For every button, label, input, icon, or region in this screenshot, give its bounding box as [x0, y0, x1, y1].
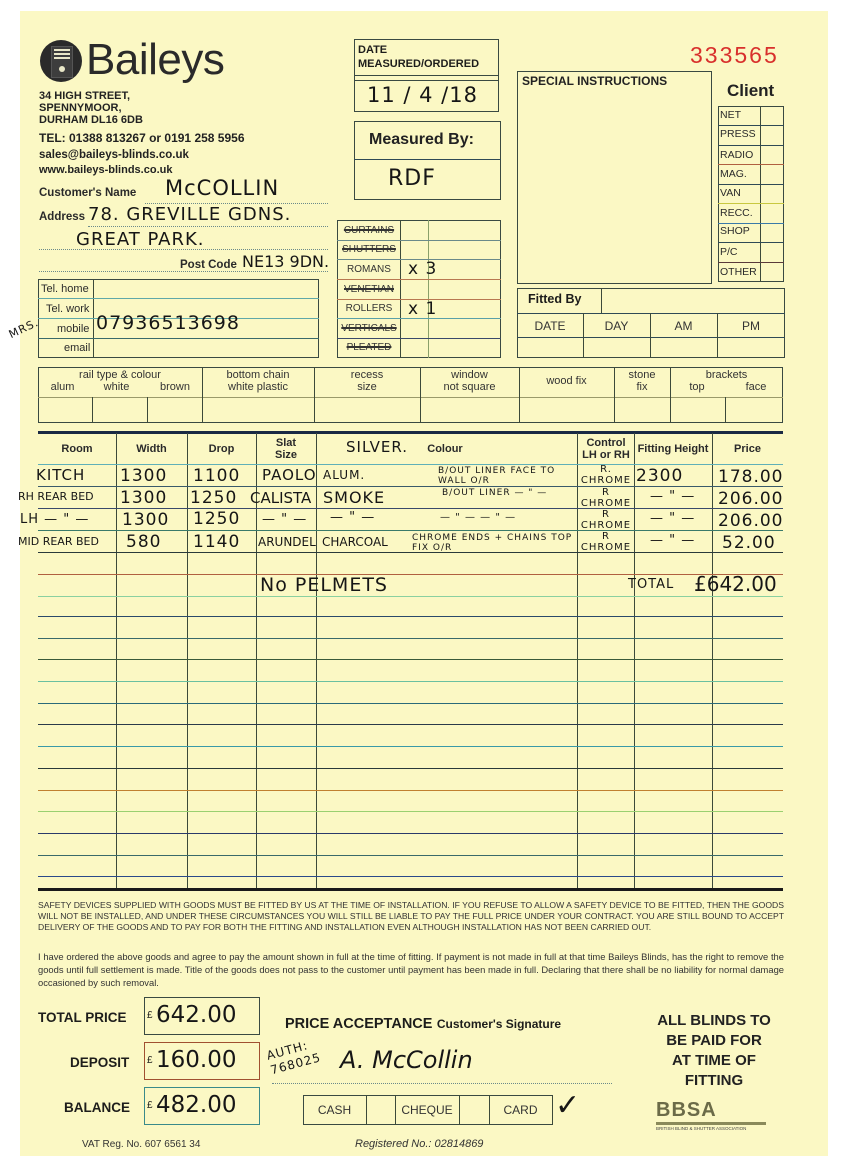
row3-colour[interactable]: — " — [330, 510, 375, 525]
measured-by-field[interactable]: RDF [388, 166, 436, 191]
row4-fitting[interactable]: — " — [650, 533, 695, 548]
row1-room[interactable]: KITCH [36, 466, 85, 484]
payment-cash-checkbox[interactable] [367, 1096, 395, 1124]
payment-notice: ALL BLINDS TO BE PAID FOR AT TIME OF FIT… [636, 1011, 792, 1091]
row4-control[interactable]: R CHROME [580, 531, 632, 553]
row3-control[interactable]: R CHROME [580, 509, 632, 531]
row4-drop[interactable]: 1140 [193, 532, 240, 552]
company-email: sales@baileys-blinds.co.uk [39, 149, 189, 161]
product-shutters: SHUTTERS [340, 244, 398, 256]
email-field[interactable] [98, 341, 313, 357]
rail-brown-label: brown [150, 381, 200, 393]
row2-room[interactable]: RH REAR BED [18, 490, 94, 503]
row3-price[interactable]: 206.00 [718, 511, 783, 531]
brackets-header: brackets [670, 369, 783, 381]
payment-cheque-label: CHEQUE [395, 1104, 459, 1116]
deposit-field[interactable]: 160.00 [156, 1047, 236, 1073]
rail-white-label: white [94, 381, 139, 393]
customer-name-label: Customer's Name [39, 187, 136, 199]
postcode-label: Post Code [180, 259, 237, 271]
total-price-label: TOTAL PRICE [38, 1010, 127, 1025]
recess-size-label: recesssize [314, 369, 420, 393]
address-line1-field[interactable]: 78. GREVILLE GDNS. [88, 204, 291, 225]
deposit-label: DEPOSIT [70, 1055, 129, 1070]
product-romans: ROMANS [340, 264, 398, 276]
row4-width[interactable]: 580 [126, 532, 161, 552]
col-control-header: Control LH or RH [580, 437, 632, 461]
special-instructions-box[interactable] [517, 71, 712, 284]
email-label: email [64, 342, 90, 354]
product-verticals: VERTICALS [340, 323, 398, 335]
col-slat-header: Slat Size [266, 437, 306, 461]
company-website: www.baileys-blinds.co.uk [39, 164, 172, 176]
client-source-van[interactable]: VAN [720, 187, 741, 199]
colour-note: SILVER. [346, 438, 408, 456]
address-line2-field[interactable]: GREAT PARK. [76, 229, 205, 250]
total-label: TOTAL [628, 577, 674, 592]
special-instructions-label: SPECIAL INSTRUCTIONS [522, 74, 667, 88]
row1-colour[interactable]: ALUM. [323, 468, 365, 482]
col-colour-header: Colour [420, 443, 470, 455]
balance-currency: £ [147, 1100, 153, 1111]
order-number: 333565 [690, 42, 779, 69]
product-rollers: ROLLERS [340, 303, 398, 315]
row2-control[interactable]: R CHROME [580, 487, 632, 509]
company-name: Baileys [86, 34, 224, 86]
address-label: Address [39, 211, 85, 223]
col-room-header: Room [38, 443, 116, 455]
wood-fix-label: wood fix [519, 375, 614, 387]
fitted-am-header: AM [650, 320, 717, 332]
bottom-chain-label: bottom chainwhite plastic [202, 369, 314, 393]
row4-price[interactable]: 52.00 [722, 533, 776, 553]
rail-type-header: rail type & colour [38, 369, 202, 381]
client-source-mag[interactable]: MAG. [720, 168, 747, 180]
company-tel: TEL: 01388 813267 or 0191 258 5956 [39, 131, 245, 145]
row1-width[interactable]: 1300 [120, 466, 167, 486]
row1-slat[interactable]: PAOLO [262, 466, 317, 484]
client-source-shop[interactable]: SHOP [720, 225, 750, 237]
no-pelmets-note: No PELMETS [260, 574, 388, 596]
row3-fitting[interactable]: — " — [650, 511, 695, 526]
payment-cheque-checkbox[interactable] [460, 1096, 488, 1124]
row1-drop[interactable]: 1100 [193, 466, 240, 486]
company-address: 34 HIGH STREET, SPENNYMOOR, DURHAM DL16 … [39, 90, 143, 126]
client-source-pc[interactable]: P/C [720, 246, 738, 258]
row3-colour-note[interactable]: — " — — " — [440, 512, 575, 523]
safety-terms: SAFETY DEVICES SUPPLIED WITH GOODS MUST … [38, 900, 784, 933]
brackets-top-label: top [672, 381, 722, 393]
fitted-date-header: DATE [517, 320, 583, 332]
row2-price[interactable]: 206.00 [718, 489, 783, 509]
romans-qty-field[interactable]: x 3 [408, 259, 437, 279]
agreement-terms: I have ordered the above goods and agree… [38, 950, 784, 989]
row2-drop[interactable]: 1250 [190, 488, 237, 508]
client-source-other[interactable]: OTHER [720, 266, 757, 278]
payment-cash-label: CASH [303, 1104, 366, 1116]
rail-alum-label: alum [40, 381, 85, 393]
customer-signature[interactable]: A. McCollin [340, 1046, 473, 1074]
client-title: Client [727, 81, 774, 101]
balance-label: BALANCE [64, 1100, 130, 1115]
price-acceptance-label: PRICE ACCEPTANCE Customer's Signature [285, 1015, 561, 1033]
total-price-field[interactable]: 642.00 [156, 1002, 236, 1028]
row1-control[interactable]: R. CHROME [580, 464, 632, 486]
deposit-currency: £ [147, 1055, 153, 1066]
fitted-day-header: DAY [583, 320, 650, 332]
date-label: DATE MEASURED/ORDERED [358, 43, 479, 71]
row3-room[interactable]: LH — " — [20, 512, 89, 527]
col-fitting-height-header: Fitting Height [634, 443, 712, 455]
company-logo [40, 40, 82, 82]
customer-name-field[interactable]: McCOLLIN [165, 176, 279, 200]
row2-colour[interactable]: SMOKE [323, 488, 385, 507]
row4-room[interactable]: MID REAR BED [18, 535, 99, 548]
tel-home-field[interactable] [98, 281, 313, 297]
vat-number: VAT Reg. No. 607 6561 34 [82, 1139, 200, 1150]
payment-card-checkbox[interactable]: ✓ [555, 1088, 581, 1123]
fitted-by-label: Fitted By [528, 292, 581, 306]
fitted-pm-header: PM [717, 320, 785, 332]
row2-fitting[interactable]: — " — [650, 489, 695, 504]
product-pleated: PLEATED [340, 342, 398, 354]
tel-home-label: Tel. home [41, 283, 89, 295]
row4-colour[interactable]: CHARCOAL [322, 535, 388, 549]
col-price-header: Price [712, 443, 783, 455]
postcode-field[interactable]: NE13 9DN. [242, 252, 329, 271]
registered-number: Registered No.: 02814869 [355, 1138, 483, 1150]
stone-fix-label: stonefix [614, 369, 670, 393]
blind-roll-icon [51, 46, 73, 78]
mobile-label: mobile [57, 323, 89, 335]
tel-work-label: Tel. work [46, 303, 89, 315]
balance-field[interactable]: 482.00 [156, 1092, 236, 1118]
bbsa-logo: BBSA BRITISH BLIND & SHUTTER ASSOCIATION [656, 1100, 772, 1131]
date-field[interactable]: 11 / 4 /18 [367, 83, 478, 107]
row2-width[interactable]: 1300 [120, 488, 167, 508]
product-curtains: CURTAINS [340, 225, 398, 237]
row1-fitting[interactable]: 2300 [636, 466, 683, 486]
row4-slat[interactable]: ARUNDEL [258, 535, 316, 549]
col-width-header: Width [116, 443, 187, 455]
client-source-recc[interactable]: RECC. [720, 207, 753, 219]
brackets-face-label: face [730, 381, 782, 393]
total-value: £642.00 [694, 572, 777, 596]
client-source-net[interactable]: NET [720, 109, 741, 121]
client-source-press[interactable]: PRESS [720, 128, 756, 140]
product-venetian: VENETIAN [340, 284, 398, 296]
row2-colour-note[interactable]: B/OUT LINER — " — [442, 488, 572, 498]
row3-width[interactable]: 1300 [122, 510, 169, 530]
fitted-by-field[interactable] [605, 290, 781, 310]
measured-by-label: Measured By: [369, 131, 474, 149]
total-currency: £ [147, 1010, 153, 1021]
row3-drop[interactable]: 1250 [193, 509, 240, 529]
row2-slat[interactable]: CALISTA [250, 489, 311, 507]
row1-colour-note[interactable]: B/OUT LINER FACE TO WALL O/R [438, 466, 578, 486]
mobile-field[interactable]: 07936513698 [96, 312, 240, 334]
client-source-radio[interactable]: RADIO [720, 149, 753, 161]
col-drop-header: Drop [187, 443, 256, 455]
row1-price[interactable]: 178.00 [718, 467, 783, 487]
row4-colour-note[interactable]: CHROME ENDS + CHAINS TOP FIX O/R [412, 533, 577, 553]
rollers-qty-field[interactable]: x 1 [408, 299, 437, 319]
row3-slat[interactable]: — " — [262, 512, 307, 527]
window-not-square-label: windownot square [420, 369, 519, 393]
payment-card-label: CARD [489, 1104, 552, 1116]
